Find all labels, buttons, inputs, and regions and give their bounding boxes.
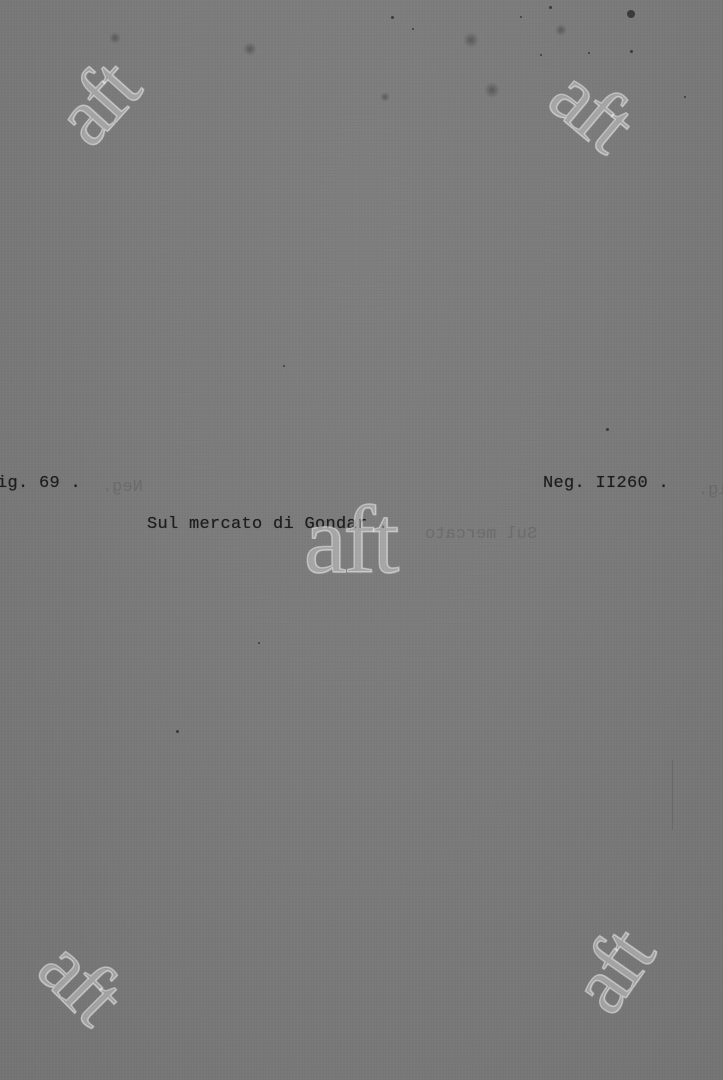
photo-caption: Sul mercato di Gondar . <box>147 515 389 534</box>
bleed-through-caption: Sul mercato <box>425 525 537 544</box>
dust-speck <box>684 96 686 98</box>
dust-speck <box>391 16 394 19</box>
bleed-through-negative-label: Neg. <box>102 478 143 497</box>
watermark-center: aft <box>304 492 396 588</box>
bleed-through-figure-label: ig. <box>698 481 723 500</box>
watermark-top-left: aft <box>40 47 153 159</box>
dust-speck <box>588 52 590 54</box>
paper-scratch <box>672 760 673 830</box>
dust-speck <box>540 54 542 56</box>
figure-label: ig. 69 . <box>0 474 81 493</box>
negative-number: Neg. II260 . <box>543 474 669 493</box>
dust-speck <box>283 365 285 367</box>
scanned-caption-card: Neg. Sul mercato ig. ig. 69 . Neg. II260… <box>0 0 723 1080</box>
dust-speck <box>258 642 260 644</box>
dust-smudge <box>484 82 500 98</box>
watermark-bottom-left: aft <box>24 925 137 1038</box>
dust-speck <box>627 10 635 18</box>
watermark-bottom-right: aft <box>556 916 668 1027</box>
dust-speck <box>520 16 522 18</box>
dust-smudge <box>380 92 390 102</box>
dust-smudge <box>555 24 567 36</box>
dust-smudge <box>463 32 479 48</box>
dust-smudge <box>109 32 121 44</box>
watermark-top-right: aft <box>536 53 648 166</box>
dust-speck <box>176 730 179 733</box>
dust-smudge <box>243 42 257 56</box>
dust-speck <box>630 50 633 53</box>
dust-speck <box>549 6 552 9</box>
dust-speck <box>412 28 414 30</box>
paper-grain <box>0 0 723 1080</box>
dust-speck <box>606 428 609 431</box>
